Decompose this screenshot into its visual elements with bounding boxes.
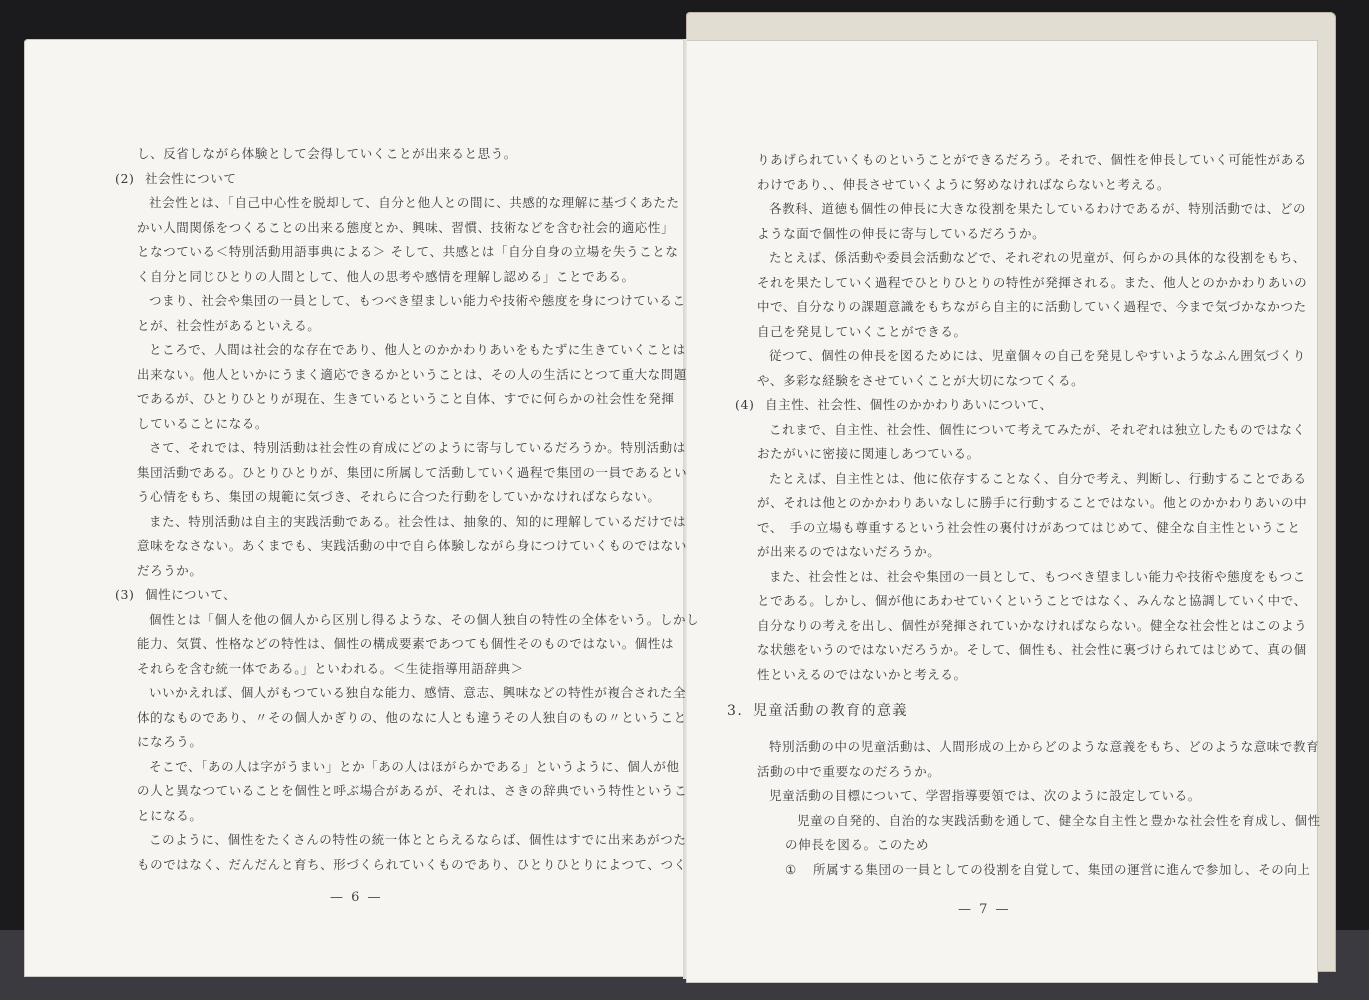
section-heading: 3.児童活動の教育的意義 bbox=[727, 699, 1247, 725]
text-line: ところで、人間は社会的な存在であり、他人とのかかわりあいをもたずに生きていくこと… bbox=[137, 338, 617, 363]
text-line: とが、社会性があるといえる。 bbox=[137, 314, 617, 339]
text-line: とである。しかし、個が他にあわせていくということではなく、みんなと協調していく中… bbox=[757, 589, 1247, 614]
list-item: ①所属する集団の一員としての役割を自覚して、集団の運営に進んで参加し、その向上 bbox=[757, 858, 1247, 883]
text-line: さて、それでは、特別活動は社会性の育成にどのように寄与しているだろうか。特別活動… bbox=[137, 436, 617, 461]
text-line: わけであり、、伸長させていくように努めなければならないと考える。 bbox=[757, 173, 1247, 198]
text-line: 集団活動である。ひとりひとりが、集団に所属して活動していく過程で集団の一員である… bbox=[137, 461, 617, 486]
text-line: で、 手の立場も尊重するという社会性の裏付けがあつてはじめて、健全な自主性という… bbox=[757, 516, 1247, 541]
quoted-text-line: の伸長を図る。このため bbox=[757, 833, 1247, 858]
text-line: かい人間関係をつくることの出来る態度とか、興味、習慣、技術などを含む社会的適応性… bbox=[137, 216, 617, 241]
text-line: 従つて、個性の伸長を図るためには、児童個々の自己を発見しやすいようなふん囲気づく… bbox=[757, 344, 1247, 369]
text-line: となつている＜特別活動用語事典による＞ そして、共感とは「自分自身の立場を失うこ… bbox=[137, 240, 617, 265]
text-line: ものではなく、だんだんと育ち、形づくられていくものであり、ひとりひとりによつて、… bbox=[137, 853, 617, 878]
text-line: く自分と同じひとりの人間として、他人の思考や感情を理解し認める」ことである。 bbox=[137, 265, 617, 290]
text-line: や、多彩な経験をさせていくことが大切になつてくる。 bbox=[757, 369, 1247, 394]
subsection-heading: (2)社会性について bbox=[115, 167, 617, 192]
page-number-right: — 7 — bbox=[958, 902, 1011, 917]
text-line: になろう。 bbox=[137, 730, 617, 755]
subsection-number: (2) bbox=[115, 167, 145, 192]
text-line: う心情をもち、集団の規範に気づき、それらに合つた行動をしていかなければならない。 bbox=[137, 485, 617, 510]
text-line: し、反省しながら体験として会得していくことが出来ると思う。 bbox=[137, 142, 617, 167]
text-line: ような面で個性の伸長に寄与しているだろうか。 bbox=[757, 222, 1247, 247]
subsection-title: 個性について、 bbox=[145, 587, 236, 602]
list-marker: ① bbox=[785, 858, 813, 883]
page-number-left: — 6 — bbox=[330, 890, 383, 905]
text-line: 出来ない。他人といかにうまく適応できるかということは、その人の生活にとつて重大な… bbox=[137, 363, 617, 388]
text-line: 自己を発見していくことができる。 bbox=[757, 320, 1247, 345]
text-line: おたがいに密接に関連しあつている。 bbox=[757, 442, 1247, 467]
text-line: また、社会性とは、社会や集団の一員として、もつべき望ましい能力や技術や態度をもつ… bbox=[757, 565, 1247, 590]
subsection-heading: (4)自主性、社会性、個性のかかわりあいについて、 bbox=[735, 393, 1247, 418]
text-line: 個性とは「個人を他の個人から区別し得るような、その個人独自の特性の全体をいう。し… bbox=[137, 608, 617, 633]
subsection-number: (4) bbox=[735, 393, 765, 418]
subsection-number: (3) bbox=[115, 583, 145, 608]
text-line: な状態をいうのではないだろうか。そして、個性も、社会性に裏づけられてはじめて、真… bbox=[757, 638, 1247, 663]
text-line: 性といえるのではないかと考える。 bbox=[757, 663, 1247, 688]
subsection-title: 自主性、社会性、個性のかかわりあいについて、 bbox=[765, 397, 1053, 412]
text-line: これまで、自主性、社会性、個性について考えてみたが、それぞれは独立したものではな… bbox=[757, 418, 1247, 443]
text-line: 特別活動の中の児童活動は、人間形成の上からどのような意義をもち、どのような意味で… bbox=[757, 735, 1247, 760]
section-number: 3. bbox=[727, 699, 753, 724]
quoted-text-line: 児童の自発的、自治的な実践活動を通して、健全な自主性と豊かな社会性を育成し、個性 bbox=[757, 809, 1247, 834]
text-line: また、特別活動は自主的実践活動である。社会性は、抽象的、知的に理解しているだけで… bbox=[137, 510, 617, 535]
text-line: それを果たしていく過程でひとりひとりの特性が発揮される。また、他人とのかかわりあ… bbox=[757, 271, 1247, 296]
text-line: たとえば、自主性とは、他に依存することなく、自分で考え、判断し、行動することであ… bbox=[757, 467, 1247, 492]
text-line: だろうか。 bbox=[137, 559, 617, 584]
text-line: このように、個性をたくさんの特性の統一体ととらえるならば、個性はすでに出来あがつ… bbox=[137, 828, 617, 853]
subsection-heading: (3)個性について、 bbox=[115, 583, 617, 608]
text-line: つまり、社会や集団の一員として、もつべき望ましい能力や技術や態度を身につけている… bbox=[137, 289, 617, 314]
text-line: とになる。 bbox=[137, 804, 617, 829]
text-line: そこで、「あの人は字がうまい」とか「あの人はほがらかである」というように、個人が… bbox=[137, 755, 617, 780]
text-line: の人と異なつていることを個性と呼ぶ場合があるが、それは、さきの辞典でいう特性とい… bbox=[137, 779, 617, 804]
text-line: それらを含む統一体である。」といわれる。＜生徒指導用語辞典＞ bbox=[137, 657, 617, 682]
section-title: 児童活動の教育的意義 bbox=[753, 703, 908, 719]
subsection-title: 社会性について bbox=[145, 171, 236, 186]
text-line: していることになる。 bbox=[137, 412, 617, 437]
text-line: 社会性とは、「自己中心性を脱却して、自分と他人との間に、共感的な理解に基づくあた… bbox=[137, 191, 617, 216]
text-line: 自分なりの考えを出し、個性が発揮されていかなければならない。健全な社会性とはこの… bbox=[757, 614, 1247, 639]
text-line: 中で、自分なりの課題意識をもちながら自主的に活動していく過程で、今まで気づかなか… bbox=[757, 295, 1247, 320]
text-line: たとえば、係活動や委員会活動などで、それぞれの児童が、何らかの具体的な役割をもち… bbox=[757, 246, 1247, 271]
text-line: 能力、気質、性格などの特性は、個性の構成要素であつても個性そのものではない。個性… bbox=[137, 632, 617, 657]
text-line: 各教科、道徳も個性の伸長に大きな役割を果たしているわけであるが、特別活動では、ど… bbox=[757, 197, 1247, 222]
text-line: 活動の中で重要なのだろうか。 bbox=[757, 760, 1247, 785]
text-line: りあげられていくものということができるだろう。それで、個性を伸長していく可能性が… bbox=[757, 148, 1247, 173]
text-line: 児童活動の目標について、学習指導要領では、次のように設定している。 bbox=[757, 784, 1247, 809]
text-line: が、それは他とのかかわりあいなしに勝手に行動することではない。他とのかかわりあい… bbox=[757, 491, 1247, 516]
text-line: が出来るのではないだろうか。 bbox=[757, 540, 1247, 565]
list-item-text: 所属する集団の一員としての役割を自覚して、集団の運営に進んで参加し、その向上 bbox=[813, 862, 1311, 877]
left-page-body: し、反省しながら体験として会得していくことが出来ると思う。(2)社会性について社… bbox=[137, 142, 617, 877]
text-line: いいかえれば、個人がもつている独自な能力、感情、意志、興味などの特性が複合された… bbox=[137, 681, 617, 706]
text-line: 意味をなさない。あくまでも、実践活動の中で自ら体験しながら身につけていくものでは… bbox=[137, 534, 617, 559]
text-line: 体的なものであり、〃その個人かぎりの、他のなに人とも違うその人独自のもの〃という… bbox=[137, 706, 617, 731]
right-page-body: りあげられていくものということができるだろう。それで、個性を伸長していく可能性が… bbox=[757, 148, 1247, 882]
text-line: であるが、ひとりひとりが現在、生きているということ自体、すでに何らかの社会性を発… bbox=[137, 387, 617, 412]
